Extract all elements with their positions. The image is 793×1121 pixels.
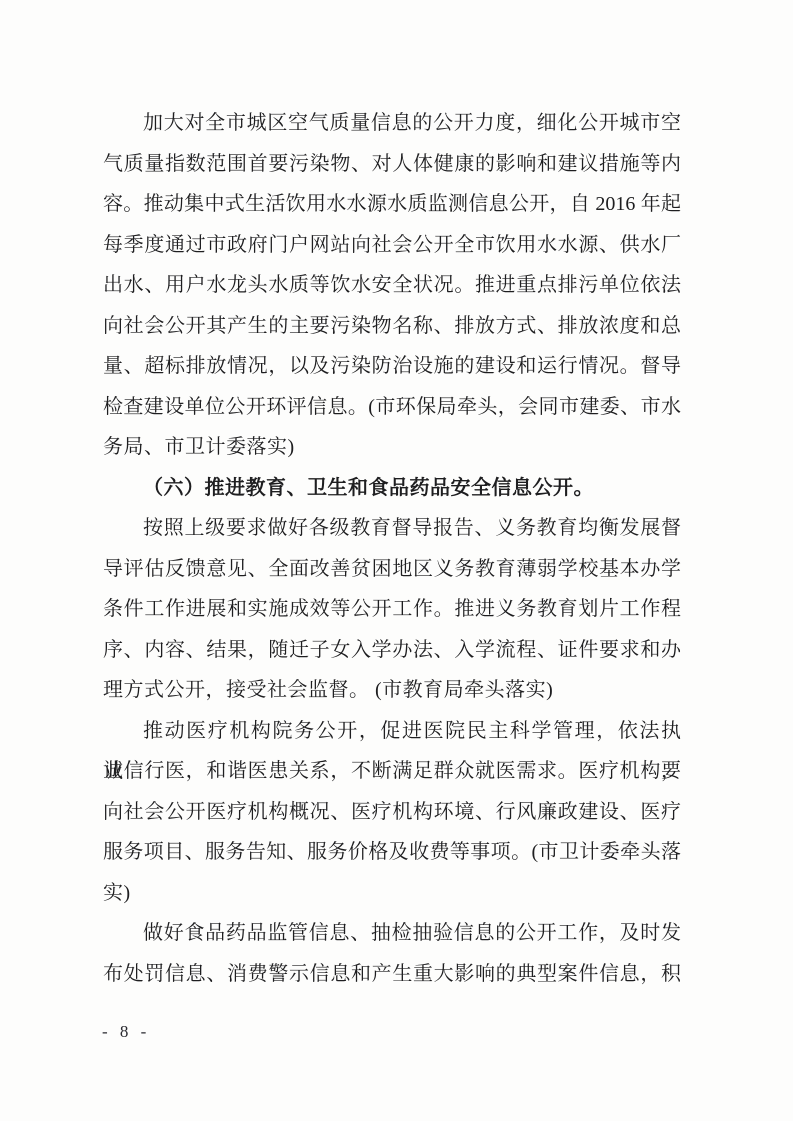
- text-line: 序、内容、结果，随迁子女入学办法、入学流程、证件要求和办: [103, 630, 681, 671]
- text-line: 加大对全市城区空气质量信息的公开力度，细化公开城市空: [103, 103, 681, 144]
- text-line: 做好食品药品监管信息、抽检抽验信息的公开工作，及时发: [103, 913, 681, 954]
- text-line: 检查建设单位公开环评信息。(市环保局牵头，会同市建委、市水: [103, 387, 681, 428]
- section-heading: （六）推进教育、卫生和食品药品安全信息公开。: [103, 468, 681, 509]
- text-line: 务局、市卫计委落实): [103, 427, 681, 468]
- text-line: 容。推动集中式生活饮用水水源水质监测信息公开，自 2016 年起: [103, 184, 681, 225]
- text-line: 向社会公开医疗机构概况、医疗机构环境、行风廉政建设、医疗: [103, 792, 681, 833]
- text-line: 量、超标排放情况，以及污染防治设施的建设和运行情况。督导: [103, 346, 681, 387]
- text-line: 布处罚信息、消费警示信息和产生重大影响的典型案件信息，积: [103, 954, 681, 995]
- document-body: 加大对全市城区空气质量信息的公开力度，细化公开城市空 气质量指数范围首要污染物、…: [103, 103, 681, 994]
- text-line: 实): [103, 873, 681, 914]
- page-number: - 8 -: [102, 1022, 150, 1042]
- text-line: 理方式公开，接受社会监督。 (市教育局牵头落实): [103, 670, 681, 711]
- text-line: 条件工作进展和实施成效等公开工作。推进义务教育划片工作程: [103, 589, 681, 630]
- text-line: 每季度通过市政府门户网站向社会公开全市饮用水水源、供水厂: [103, 225, 681, 266]
- text-line: 气质量指数范围首要污染物、对人体健康的影响和建议措施等内: [103, 144, 681, 185]
- document-page: 加大对全市城区空气质量信息的公开力度，细化公开城市空 气质量指数范围首要污染物、…: [0, 0, 793, 1121]
- text-line: 导评估反馈意见、全面改善贫困地区义务教育薄弱学校基本办学: [103, 549, 681, 590]
- text-line: 推动医疗机构院务公开，促进医院民主科学管理，依法执业，: [103, 711, 681, 752]
- text-line: 诚信行医，和谐医患关系，不断满足群众就医需求。医疗机构要: [103, 751, 681, 792]
- text-line: 服务项目、服务告知、服务价格及收费等事项。(市卫计委牵头落: [103, 832, 681, 873]
- text-line: 向社会公开其产生的主要污染物名称、排放方式、排放浓度和总: [103, 306, 681, 347]
- text-line: 出水、用户水龙头水质等饮水安全状况。推进重点排污单位依法: [103, 265, 681, 306]
- text-line: 按照上级要求做好各级教育督导报告、义务教育均衡发展督: [103, 508, 681, 549]
